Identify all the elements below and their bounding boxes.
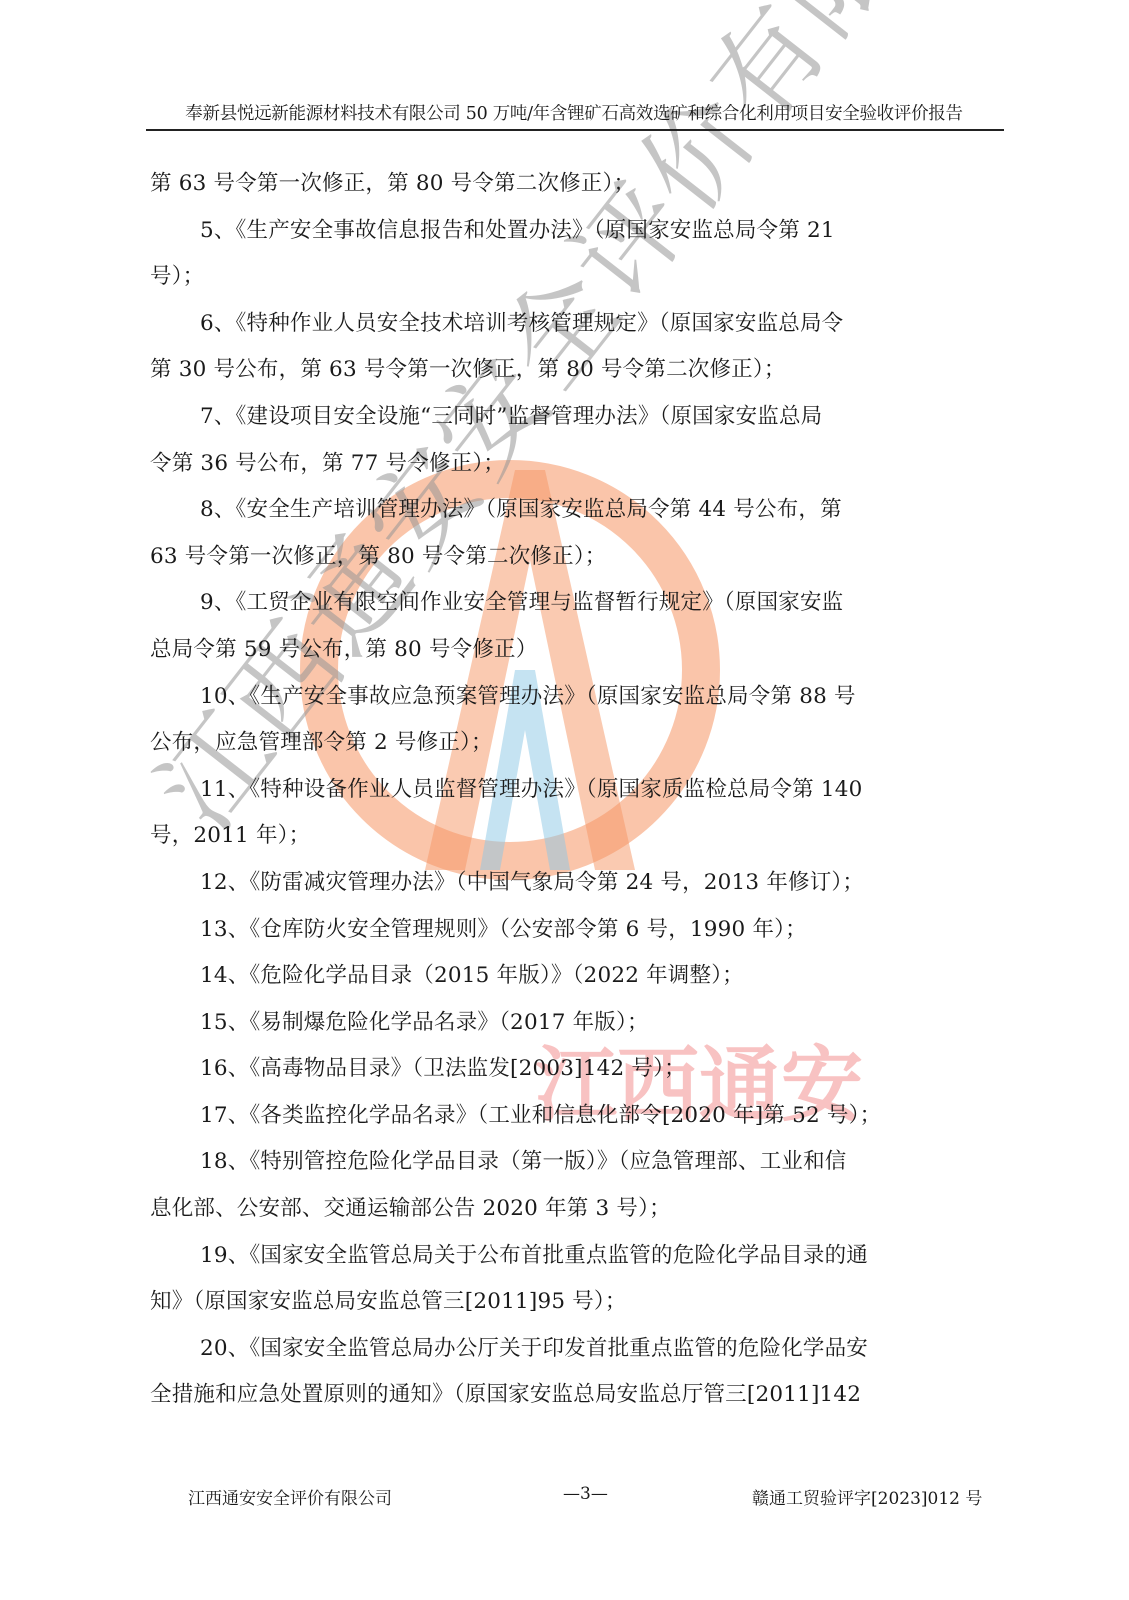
page-number: —3— [563, 1484, 608, 1504]
regulation-list: 第 63 号令第一次修正，第 80 号令第二次修正）； 5、《生产安全事故信息报… [150, 161, 1002, 1419]
text-line: 全措施和应急处置原则的通知》（原国家安监总局安监总厅管三[2011]142 [150, 1372, 1002, 1419]
list-item-13: 13、《仓库防火安全管理规则》（公安部令第 6 号，1990 年）； [150, 907, 1002, 954]
list-item-9: 9、《工贸企业有限空间作业安全管理与监督暂行规定》（原国家安监 [150, 580, 1002, 627]
footer-company: 江西通安安全评价有限公司 [188, 1484, 392, 1509]
list-item-11: 11、《特种设备作业人员监督管理办法》（原国家质监检总局令第 140 [150, 767, 1002, 814]
text-line: 公布，应急管理部令第 2 号修正）； [150, 720, 1002, 767]
text-line: 第 30 号公布，第 63 号令第一次修正，第 80 号令第二次修正）； [150, 347, 1002, 394]
list-item-6: 6、《特种作业人员安全技术培训考核管理规定》（原国家安监总局令 [150, 301, 1002, 348]
text-line: 号）； [150, 254, 1002, 301]
text-line: 第 63 号令第一次修正，第 80 号令第二次修正）； [150, 161, 1002, 208]
running-header: 奉新县悦远新能源材料技术有限公司 50 万吨/年含锂矿石高效选矿和综合化利用项目… [148, 100, 1000, 125]
list-item-12: 12、《防雷减灾管理办法》（中国气象局令第 24 号，2013 年修订）； [150, 860, 1002, 907]
list-item-14: 14、《危险化学品目录（2015 年版）》（2022 年调整）； [150, 953, 1002, 1000]
document-page: 江西通安安全评价有限公司 江西通安 奉新县悦远新能源材料技术有限公司 50 万吨… [0, 0, 1129, 1600]
text-line: 总局令第 59 号公布，第 80 号令修正） [150, 627, 1002, 674]
list-item-16: 16、《高毒物品目录》（卫法监发[2003]142 号）； [150, 1046, 1002, 1093]
list-item-10: 10、《生产安全事故应急预案管理办法》（原国家安监总局令第 88 号 [150, 674, 1002, 721]
text-line: 知》（原国家安监总局安监总管三[2011]95 号）； [150, 1279, 1002, 1326]
text-line: 63 号令第一次修正，第 80 号令第二次修正）； [150, 534, 1002, 581]
text-line: 号，2011 年）； [150, 813, 1002, 860]
document-number: 赣通工贸验评字[2023]012 号 [752, 1484, 982, 1509]
list-item-15: 15、《易制爆危险化学品名录》（2017 年版）； [150, 1000, 1002, 1047]
list-item-5: 5、《生产安全事故信息报告和处置办法》（原国家安监总局令第 21 [150, 208, 1002, 255]
list-item-7: 7、《建设项目安全设施“三同时”监督管理办法》（原国家安监总局 [150, 394, 1002, 441]
list-item-8: 8、《安全生产培训管理办法》（原国家安监总局令第 44 号公布，第 [150, 487, 1002, 534]
header-divider [146, 129, 1004, 131]
text-line: 息化部、公安部、交通运输部公告 2020 年第 3 号）； [150, 1186, 1002, 1233]
text-line: 令第 36 号公布，第 77 号令修正）； [150, 441, 1002, 488]
list-item-19: 19、《国家安全监管总局关于公布首批重点监管的危险化学品目录的通 [150, 1233, 1002, 1280]
list-item-18: 18、《特别管控危险化学品目录（第一版）》（应急管理部、工业和信 [150, 1139, 1002, 1186]
list-item-17: 17、《各类监控化学品名录》（工业和信息化部令[2020 年]第 52 号）； [150, 1093, 1002, 1140]
list-item-20: 20、《国家安全监管总局办公厅关于印发首批重点监管的危险化学品安 [150, 1326, 1002, 1373]
